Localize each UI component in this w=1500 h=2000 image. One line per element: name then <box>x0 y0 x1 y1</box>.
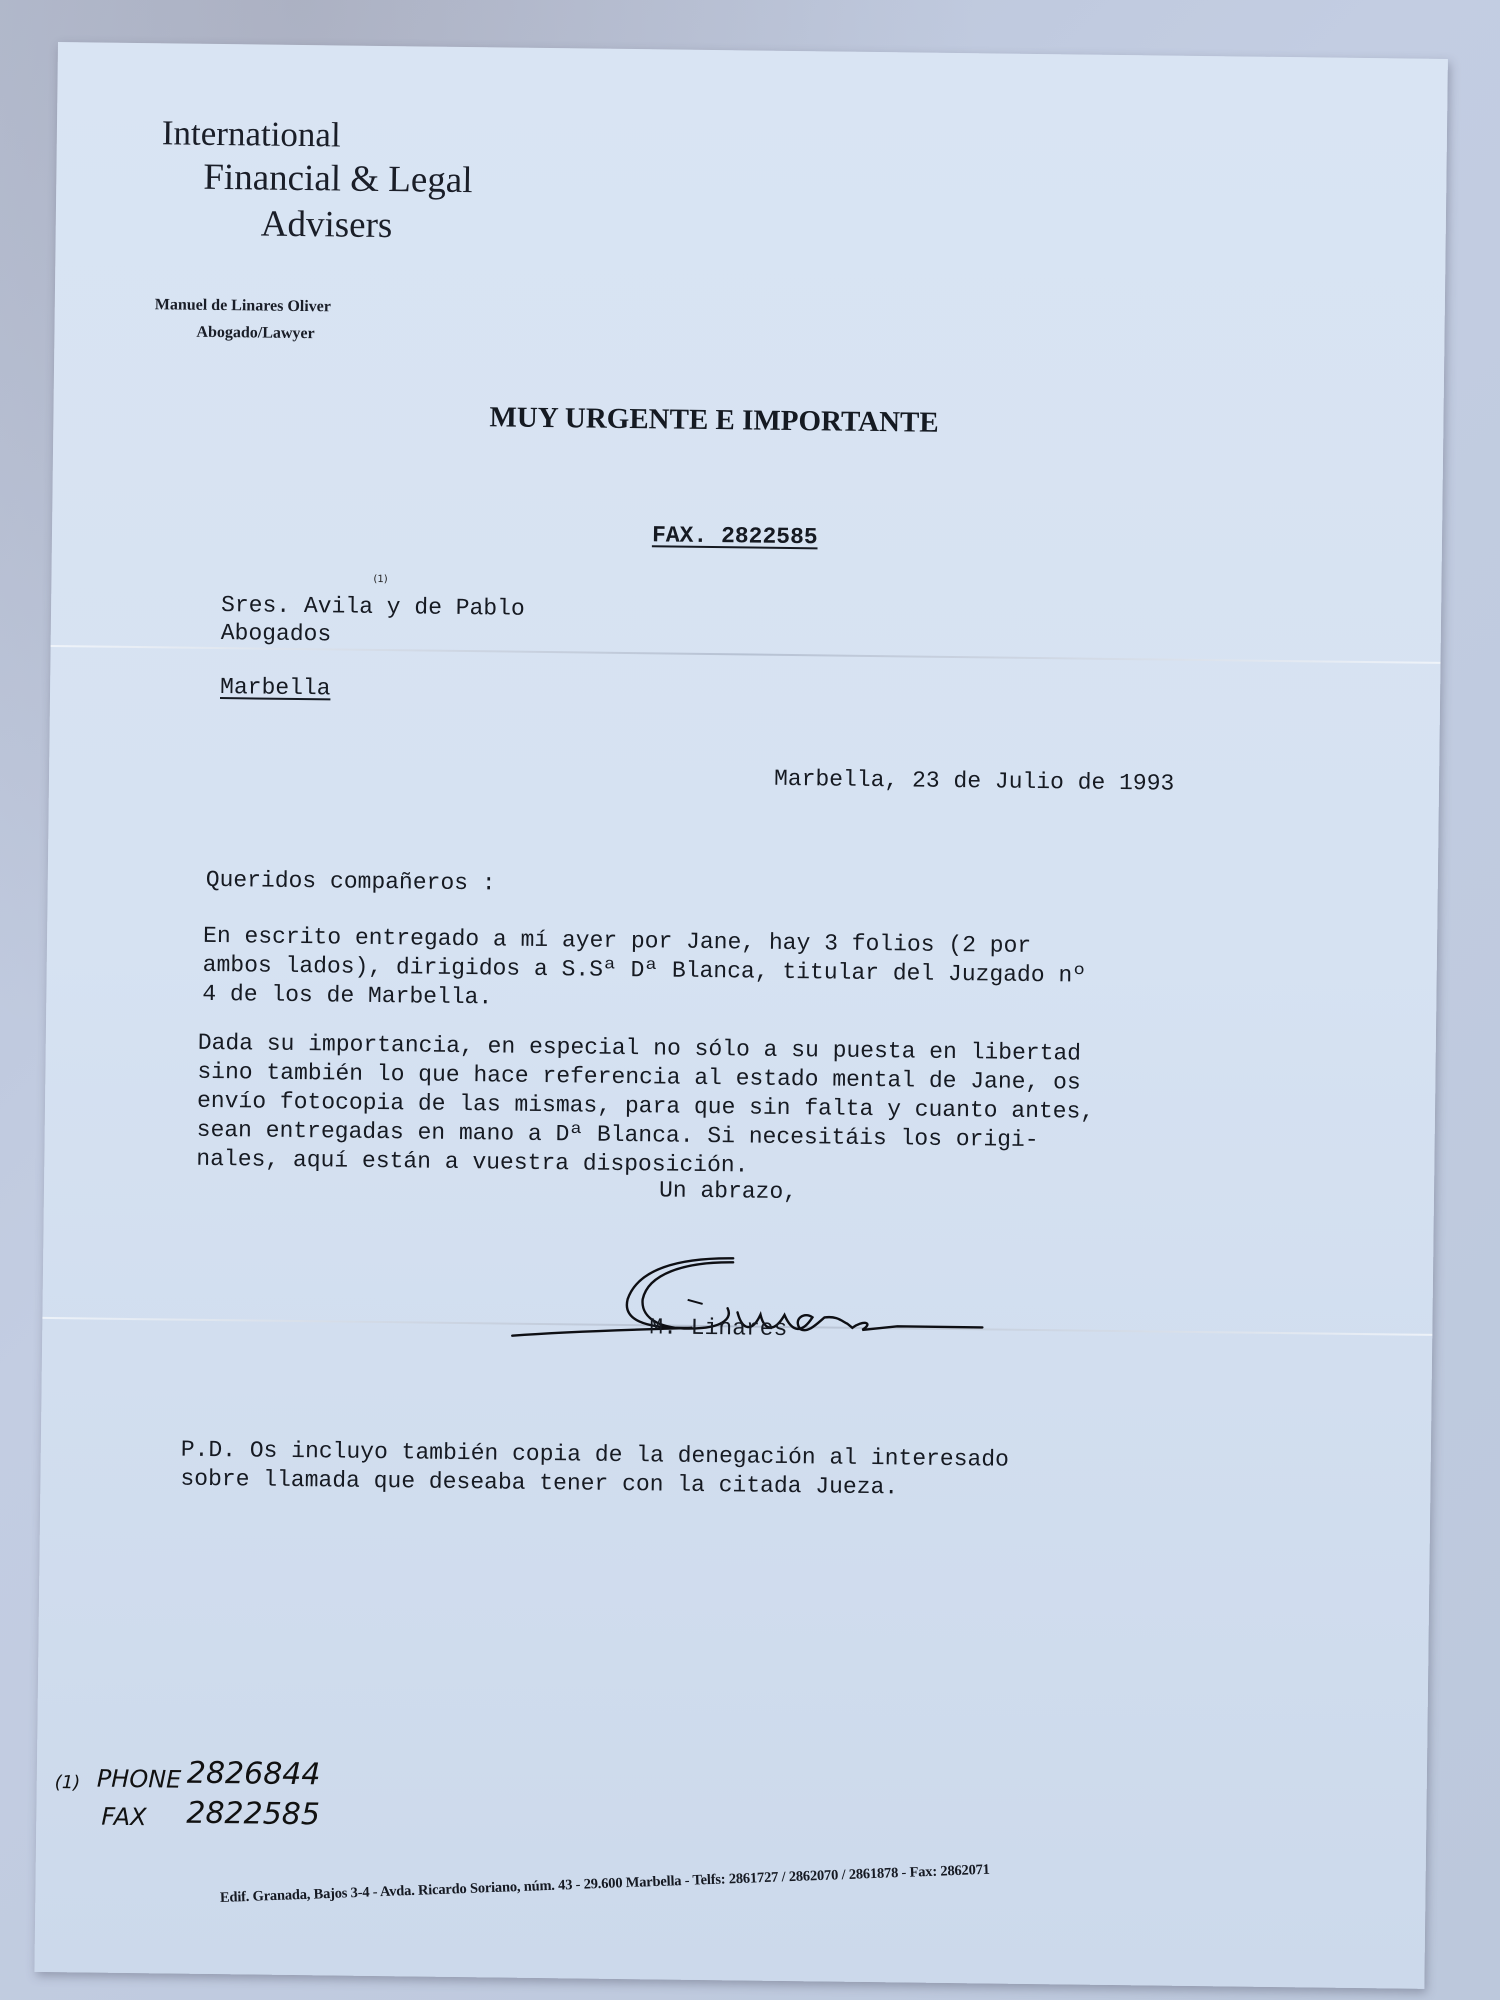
lawyer-name: Manuel de Linares Oliver <box>155 296 331 316</box>
letterhead-line-2: Financial & Legal <box>203 156 473 202</box>
recipient-role: Abogados <box>221 620 332 647</box>
recipient-city: Marbella <box>220 674 331 701</box>
fax-number-line: FAX. 2822585 <box>652 522 818 550</box>
handwritten-fax-label: FAX <box>101 1803 147 1832</box>
signature-icon <box>502 1238 1003 1364</box>
body-paragraph-1: En escrito entregado a mí ayer por Jane,… <box>202 922 1086 1020</box>
letterhead-line-1: International <box>162 113 341 155</box>
signature-name: M. Linares <box>649 1314 787 1342</box>
handwritten-fax-value: 2822585 <box>186 1796 320 1833</box>
handwritten-phone-label: PHONE <box>97 1765 182 1794</box>
handwritten-marker: (1) <box>55 1772 81 1793</box>
letter-page: International Financial & Legal Advisers… <box>34 42 1447 1989</box>
urgent-heading: MUY URGENTE E IMPORTANTE <box>489 401 939 439</box>
letterhead-line-3: Advisers <box>261 202 393 247</box>
closing: Un abrazo, <box>659 1177 797 1205</box>
lawyer-title: Abogado/Lawyer <box>196 324 314 343</box>
footnote-marker: (1) <box>373 574 387 585</box>
handwritten-phone-value: 2826844 <box>187 1756 321 1793</box>
salutation: Queridos compañeros : <box>206 867 496 897</box>
postscript: P.D. Os incluyo también copia de la dene… <box>180 1436 1009 1504</box>
paper-fold-line <box>51 645 1441 664</box>
body-paragraph-2: Dada su importancia, en especial no sólo… <box>196 1029 1095 1185</box>
date-line: Marbella, 23 de Julio de 1993 <box>774 766 1175 797</box>
recipient-name: Sres. Avila y de Pablo <box>221 592 525 622</box>
